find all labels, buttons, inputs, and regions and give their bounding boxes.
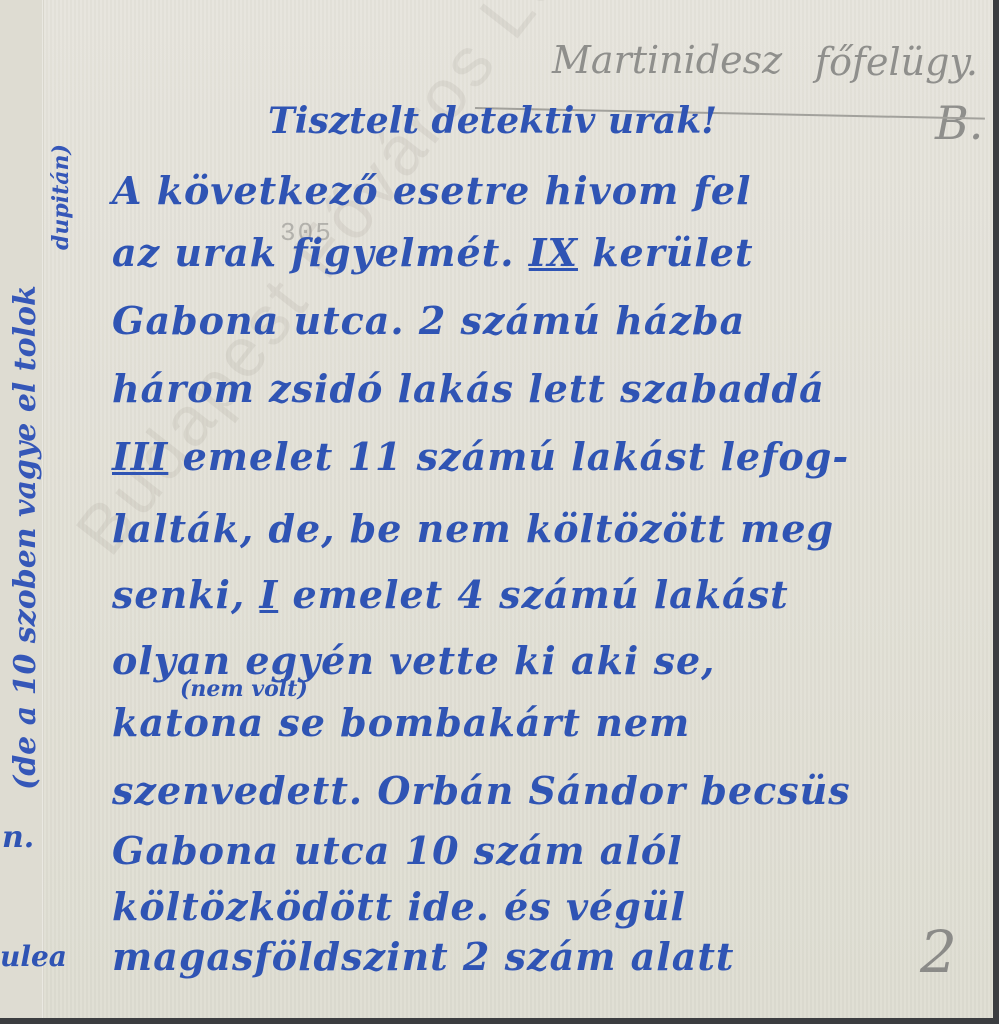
floor-one-numeral: I	[259, 572, 278, 617]
floor-three-numeral: III	[112, 434, 168, 479]
body-line-10: szenvedett. Orbán Sándor becsüs	[112, 768, 851, 813]
body-line-7: senki, I emelet 4 számú lakást	[112, 572, 789, 617]
body-line-9: katona se bombakárt nem	[112, 700, 690, 745]
body-line-9-text: katona	[112, 700, 264, 745]
district-numeral: IX	[529, 230, 578, 275]
pencil-role-annotation: főfelügy.	[815, 40, 978, 84]
body-line-5-text: emelet 11 számú lakást lefog-	[183, 434, 850, 479]
margin-fragment-2: ulea	[0, 940, 67, 973]
body-line-1: A következő esetre hivom fel	[112, 168, 751, 213]
scan-border-right	[993, 0, 999, 1024]
body-line-6: lalták, de, be nem költözött meg	[112, 506, 834, 551]
page-number: 2	[920, 918, 957, 986]
body-line-11: Gabona utca 10 szám alól	[112, 828, 683, 873]
body-line-2: az urak figyelmét. IX kerület	[112, 230, 754, 275]
pencil-name-annotation: Martinidesz	[552, 38, 782, 82]
body-line-4: három zsidó lakás lett szabaddá	[112, 366, 825, 411]
body-line-7-tail: emelet 4 számú lakást	[292, 572, 788, 617]
letter-page: Budapest Főváros Levéltára 305 Martinide…	[0, 0, 993, 1018]
body-line-2-tail: kerület	[592, 230, 753, 275]
body-line-9-tail: se bombakárt nem	[278, 700, 690, 745]
margin-note-line-1: (de a 10 szoben vagye el tolok	[8, 285, 43, 790]
pencil-initials: B.	[935, 96, 983, 150]
body-line-2-text: az urak figyelmét.	[112, 230, 514, 275]
letter-greeting: Tisztelt detektiv urak!	[268, 100, 717, 142]
margin-note-line-2: dupitán)	[48, 144, 74, 250]
margin-fragment-1: n.	[2, 820, 34, 855]
body-line-13: magasföldszint 2 szám alatt	[112, 934, 734, 979]
body-line-7-text: senki,	[112, 572, 245, 617]
body-line-3: Gabona utca. 2 számú házba	[112, 298, 745, 343]
body-line-5: III emelet 11 számú lakást lefog-	[112, 434, 849, 479]
scan-border-bottom	[0, 1018, 999, 1024]
body-line-12: költözködött ide. és végül	[112, 884, 686, 929]
interlinear-insertion: (nem volt)	[180, 676, 308, 702]
archive-watermark: Budapest Főváros Levéltára	[60, 0, 726, 569]
